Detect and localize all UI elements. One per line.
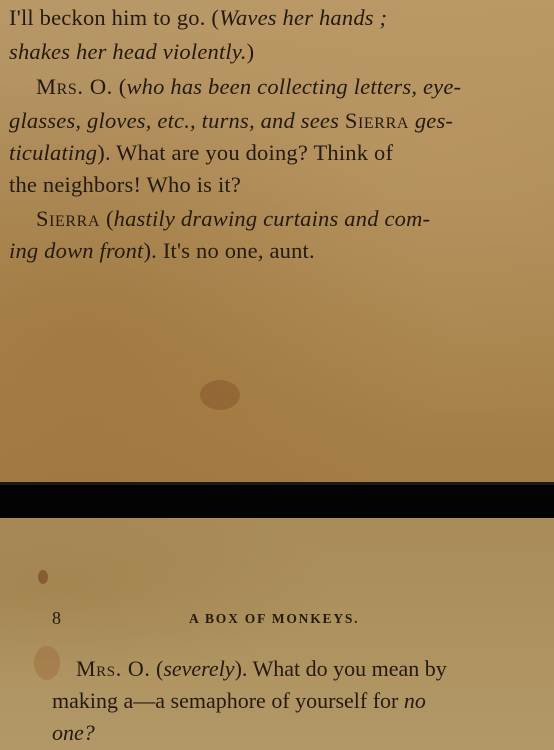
- book-title-header: A BOX OF MONKEYS.: [189, 607, 359, 631]
- upper-page-scan: I'll beckon him to go. (Waves her hands …: [0, 0, 554, 482]
- stage-direction: severely: [163, 656, 234, 681]
- page-gap-divider: [0, 482, 554, 518]
- stage-direction: Waves her hands ;: [219, 5, 387, 30]
- emphasis-text: no: [404, 688, 426, 713]
- text-line-7: Sierra (hastily drawing curtains and com…: [36, 204, 430, 234]
- stage-direction: ges-: [409, 108, 453, 133]
- line-text: (: [151, 656, 164, 681]
- text-line-3: Mrs. O. (who has been collecting letters…: [36, 72, 461, 102]
- stage-direction: ing down front: [9, 238, 143, 263]
- paper-stain: [200, 380, 240, 410]
- text-line-1: I'll beckon him to go. (Waves her hands …: [9, 3, 387, 33]
- emphasis-text: one?: [52, 720, 95, 745]
- text-line-10: making a—a semaphore of yourself for no: [52, 686, 426, 716]
- text-line-2: shakes her head violently.): [9, 37, 254, 67]
- text-line-8: ing down front). It's no one, aunt.: [9, 236, 315, 266]
- stage-direction: shakes her head violently.: [9, 39, 247, 64]
- page-number: 8: [52, 606, 61, 630]
- text-line-4: glasses, gloves, etc., turns, and sees S…: [9, 106, 453, 136]
- line-text: ): [247, 39, 255, 64]
- speaker-name: Sierra: [345, 108, 409, 133]
- text-line-5: ticulating). What are you doing? Think o…: [9, 138, 393, 168]
- paper-stain: [38, 570, 48, 584]
- line-text: ). It's no one, aunt.: [143, 238, 314, 263]
- text-line-9: Mrs. O. (severely). What do you mean by: [76, 654, 447, 684]
- speaker-name: Mrs. O.: [76, 656, 151, 681]
- line-text: making a—a semaphore of yourself for: [52, 688, 404, 713]
- speaker-name: Sierra: [36, 206, 100, 231]
- text-line-11: one?: [52, 718, 95, 748]
- stage-direction: who has been collecting letters, eye-: [126, 74, 461, 99]
- line-text: (: [113, 74, 127, 99]
- text-line-6: the neighbors! Who is it?: [9, 170, 241, 200]
- speaker-name: Mrs. O.: [36, 74, 113, 99]
- paper-stain: [34, 646, 60, 680]
- stage-direction: ticulating: [9, 140, 97, 165]
- stage-direction: glasses, gloves, etc., turns, and sees: [9, 108, 345, 133]
- line-text: I'll beckon him to go. (: [9, 5, 219, 30]
- stage-direction: hastily drawing curtains and com-: [114, 206, 431, 231]
- line-text: the neighbors! Who is it?: [9, 172, 241, 197]
- line-text: (: [100, 206, 114, 231]
- line-text: ). What do you mean by: [235, 656, 447, 681]
- line-text: ). What are you doing? Think of: [97, 140, 393, 165]
